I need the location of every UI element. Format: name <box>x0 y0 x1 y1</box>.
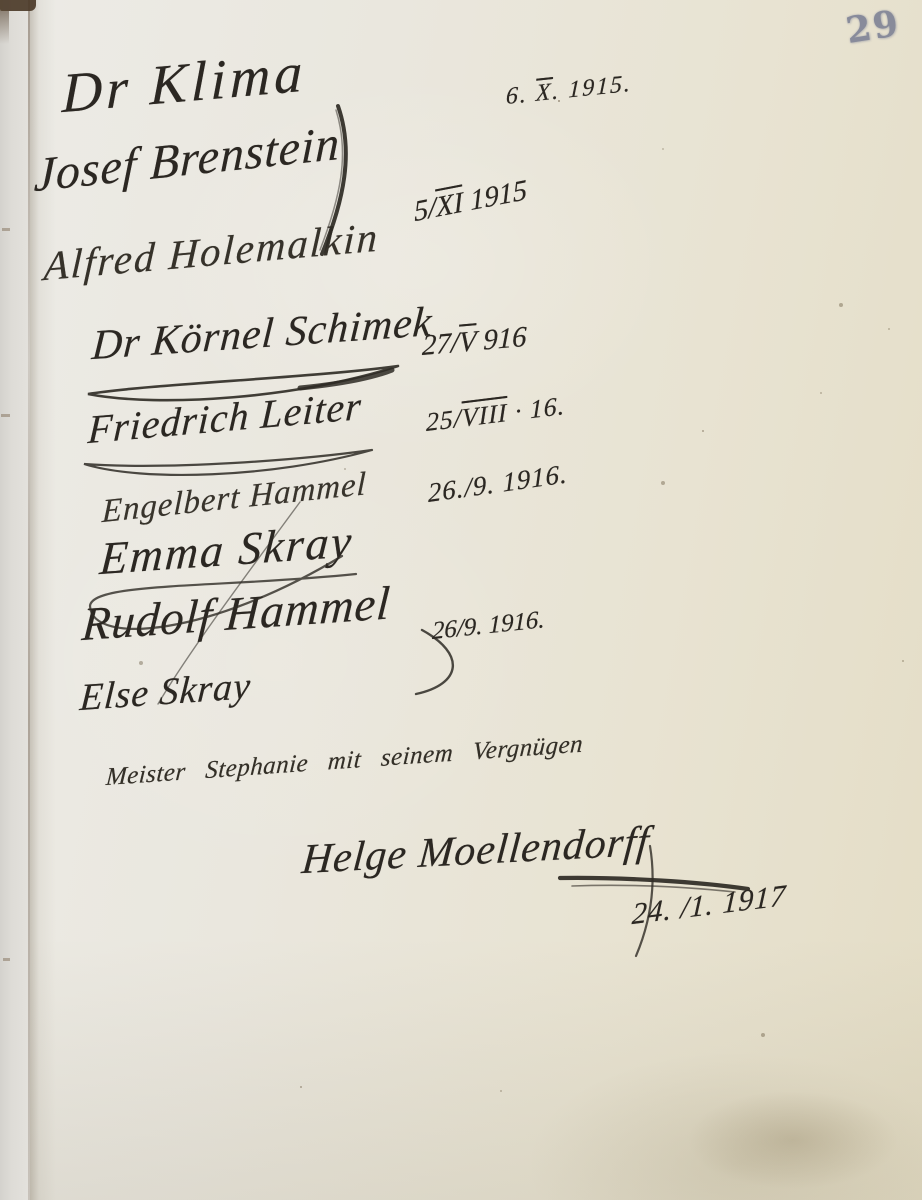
date-dr-klima: 6. X. 1915. <box>506 71 633 111</box>
signature-else-skray: Else Skray <box>78 664 252 720</box>
inscription-line: Meister Stephanie mit seinem Vergnügen <box>105 731 584 793</box>
signature-helge-moellendorff: Helge Moellendorff <box>300 818 652 885</box>
signature-name: Dr Klima <box>61 41 306 125</box>
date-text: 27/ <box>422 327 459 362</box>
date-text: · 16. <box>507 391 565 427</box>
signature-name: Helge Moellendorff <box>300 819 652 883</box>
signature-alfred-holemalkin: Alfred Holemalkin <box>43 212 381 290</box>
date-text: 916 <box>476 321 527 358</box>
page-number-stamp: 29 <box>843 2 903 52</box>
date-text: 5/ <box>413 192 437 229</box>
signature-josef-brenstein: Josef Brenstein <box>33 116 341 204</box>
guestbook-page: 29 Dr Klima 6. X. 1915. Josef Brenstein … <box>0 0 922 1200</box>
date-friedrich-leiter: 25/VIII · 16. <box>426 391 566 438</box>
signature-dr-klima: Dr Klima <box>61 40 306 126</box>
date-josef-brenstein: 5/XI 1915 <box>413 174 528 229</box>
page-edge-line <box>28 0 30 1200</box>
date-text: 25/ <box>426 404 462 438</box>
date-rudolf-hammel: 26/9. 1916. <box>432 606 545 646</box>
date-text: . 1915. <box>552 71 632 106</box>
signature-name: Alfred Holemalkin <box>43 213 381 289</box>
paper-nick <box>2 228 10 231</box>
date-roman-numeral: X <box>535 79 552 107</box>
signature-name: Else Skray <box>79 665 253 719</box>
date-roman-numeral: XI <box>435 186 464 223</box>
signature-name: Dr Körnel Schimek <box>90 299 434 369</box>
date-roman-numeral: VIII <box>462 398 508 433</box>
date-text: 1915 <box>462 174 528 219</box>
paper-nick <box>3 958 10 961</box>
date-helge-moellendorff: 24. /1. 1917 <box>631 879 787 932</box>
paper-nick <box>1 414 10 417</box>
signature-name: Rudolf Hammel <box>80 577 392 651</box>
date-text: 24. /1. 1917 <box>631 879 787 931</box>
date-roman-numeral: V <box>459 325 477 359</box>
date-engelbert-hammel: 26./9. 1916. <box>427 458 568 509</box>
date-text: 26./9. 1916. <box>427 458 568 508</box>
signature-name: Friedrich Leiter <box>87 383 363 452</box>
date-text: 6. <box>506 81 537 110</box>
date-kornel-schimek: 27/V 916 <box>422 321 527 363</box>
date-text: 26/9. 1916. <box>432 606 545 645</box>
signature-kornel-schimek: Dr Körnel Schimek <box>90 298 434 370</box>
inscription-text: Meister Stephanie mit seinem Vergnügen <box>105 731 584 792</box>
signature-friedrich-leiter: Friedrich Leiter <box>87 382 363 453</box>
signature-rudolf-hammel: Rudolf Hammel <box>80 576 392 652</box>
corner-stain-edge <box>0 10 9 44</box>
signature-name: Josef Brenstein <box>33 117 341 203</box>
binding-edge <box>0 0 30 1200</box>
